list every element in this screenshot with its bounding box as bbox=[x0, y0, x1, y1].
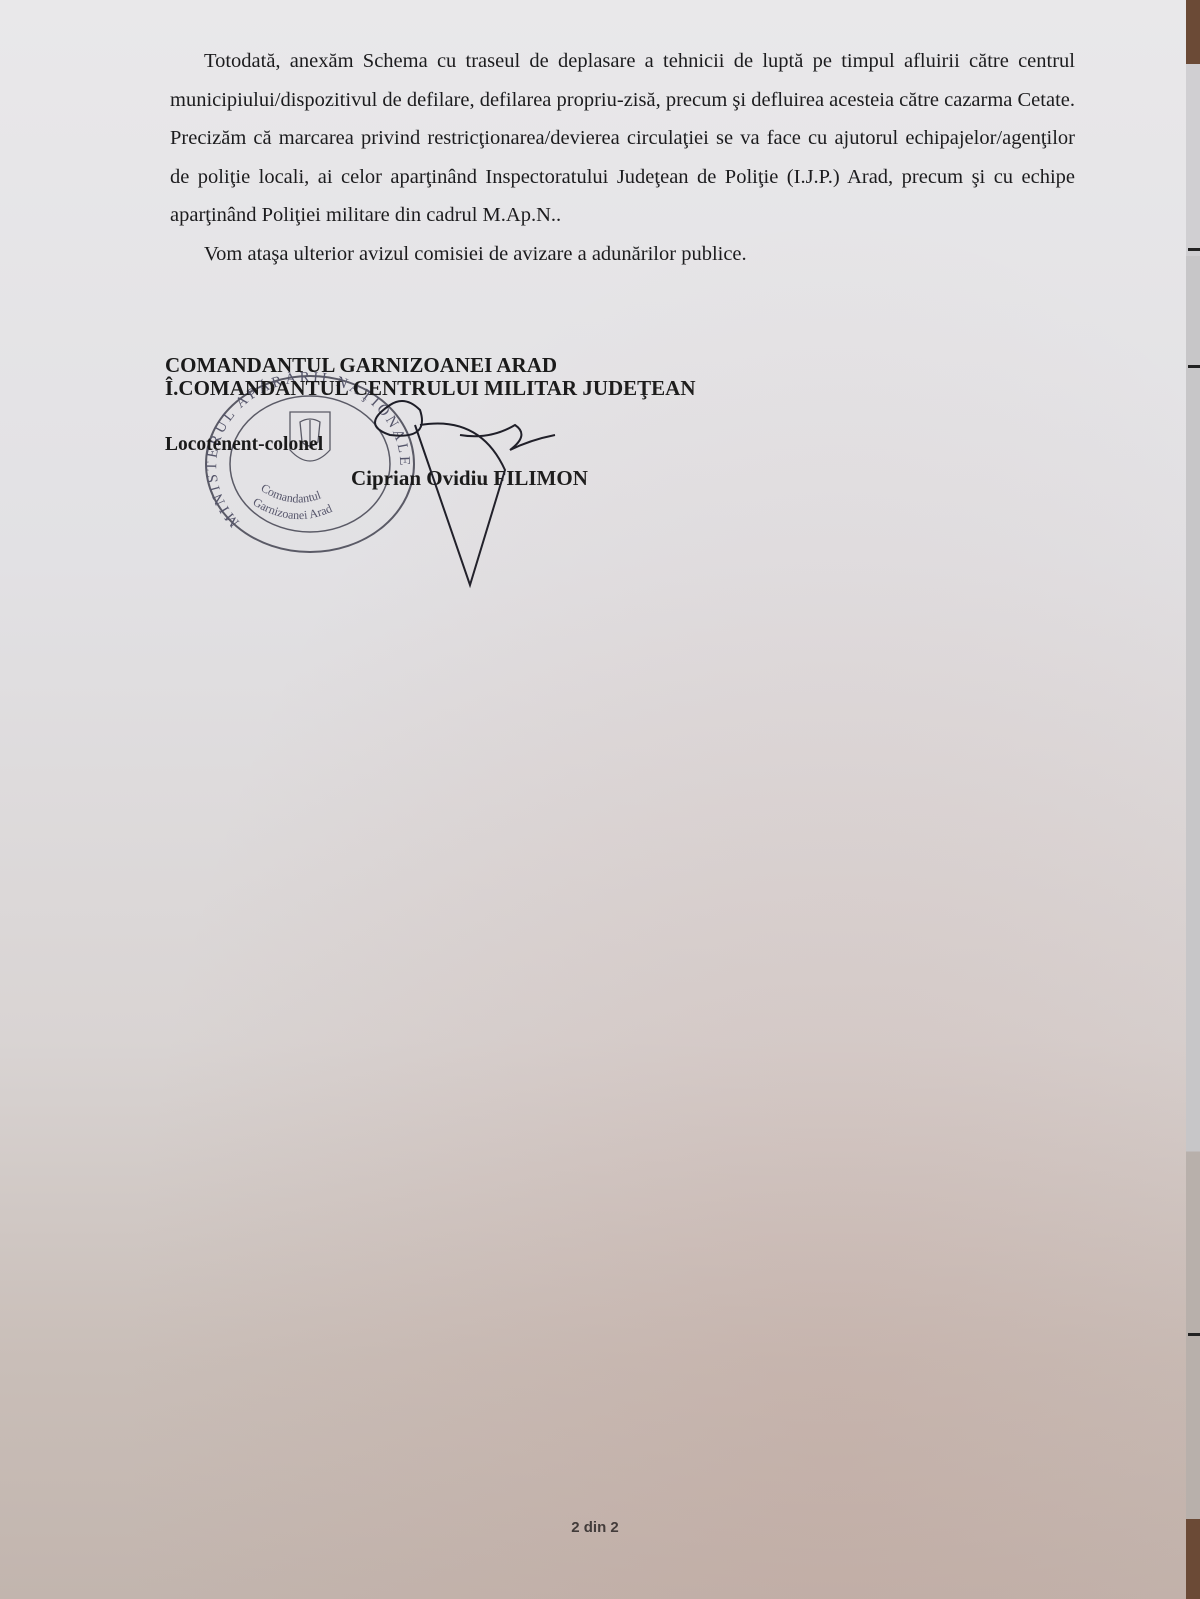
document-body: Totodată, anexăm Schema cu traseul de de… bbox=[170, 42, 1075, 273]
edge-mark bbox=[1188, 1333, 1200, 1336]
signatory-rank: Locotenent-colonel bbox=[165, 434, 323, 456]
paragraph-public-assembly-approval: Vom ataşa ulterior avizul comisiei de av… bbox=[170, 235, 1075, 274]
paragraph-annex-schema: Totodată, anexăm Schema cu traseul de de… bbox=[170, 42, 1075, 235]
background-edge bbox=[1186, 0, 1200, 1599]
edge-mark bbox=[1188, 248, 1200, 251]
handwritten-signature bbox=[360, 395, 590, 595]
signature-block: COMANDANTUL GARNIZOANEI ARAD Î.COMANDANT… bbox=[165, 354, 696, 400]
signatory-title-1: COMANDANTUL GARNIZOANEI ARAD bbox=[165, 354, 696, 377]
document-page: Totodată, anexăm Schema cu traseul de de… bbox=[0, 0, 1190, 1599]
page-number: 2 din 2 bbox=[0, 1519, 1190, 1536]
edge-mark bbox=[1188, 365, 1200, 368]
